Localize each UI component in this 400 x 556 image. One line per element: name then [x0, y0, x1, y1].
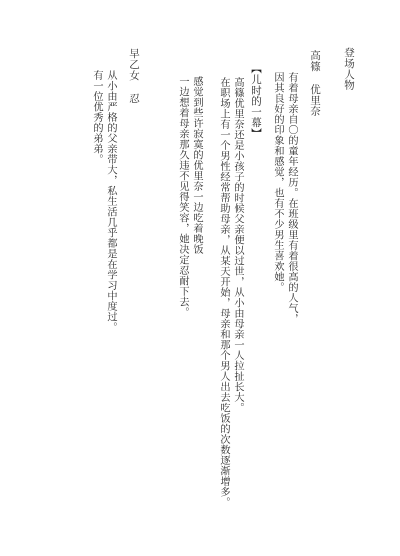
childhood-line-3: 感觉到些许寂寞的优里奈一边吃着晚饭	[190, 76, 202, 255]
section-title-childhood: 【儿时的一幕】	[250, 63, 262, 139]
page-title: 登场人物	[343, 47, 355, 90]
character-name-yurina: 高篠 优里奈	[309, 50, 321, 116]
shinobu-description-line-1: 从小由严格的父亲带大，私生活几乎都是在学习中度过。	[104, 70, 116, 333]
character-name-shinobu: 早乙女 忍	[128, 48, 140, 104]
childhood-line-2: 在职场上有一个男性经常帮助母亲，从某天开始，母亲和那个男人出去吃饭的次数逐渐增多…	[217, 77, 229, 508]
yurina-description-line-2: 因其良好的印象和感觉，也有不少男生喜欢她。	[271, 72, 283, 293]
shinobu-description-line-2: 有一位优秀的弟弟。	[90, 70, 102, 165]
childhood-line-1: 高篠优里奈还是小孩子的时候父亲便以过世，从小由母亲一人拉扯长大。	[231, 77, 243, 413]
yurina-description-line-1: 有着母亲自〇的童年经历。在班级里有着很高的人气，	[285, 72, 297, 324]
childhood-line-4: 一边想着母亲那久违不见得笑容，她决定忍耐下去。	[176, 76, 188, 318]
document-page: 登场人物 高篠 优里奈 有着母亲自〇的童年经历。在班级里有着很高的人气， 因其良…	[0, 0, 400, 556]
